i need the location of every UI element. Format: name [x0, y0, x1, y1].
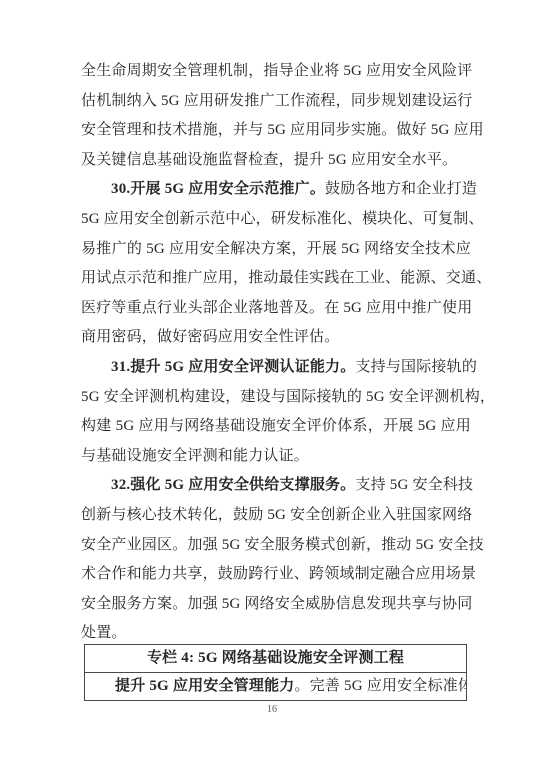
text-segment: 5G 安全评测机构建设，建设与国际接轨的 5G 安全评测机构，	[81, 389, 495, 405]
bold-text-segment: 提升 5G 应用安全管理能力	[115, 678, 294, 694]
text-segment: 估机制纳入 5G 应用研发推广工作流程，同步规划建设运行	[81, 93, 472, 109]
text-segment: 医疗等重点行业头部企业落地普及。在 5G 应用中推广使用	[81, 300, 472, 316]
text-line: 30.开展 5G 应用安全示范推广。鼓励各地方和企业打造	[81, 175, 471, 205]
text-segment: 安全管理和技术措施，并与 5G 应用同步实施。做好 5G 应用	[81, 122, 484, 138]
text-segment: 安全产业园区。加强 5G 安全服务模式创新，推动 5G 安全技	[81, 537, 484, 553]
text-segment: 安全服务方案。加强 5G 网络安全威胁信息发现共享与协同	[81, 596, 472, 612]
text-line: 用试点示范和推广应用，推动最佳实践在工业、能源、交通、	[81, 264, 471, 294]
text-line: 5G 安全评测机构建设，建设与国际接轨的 5G 安全评测机构，	[81, 383, 471, 413]
text-line: 安全服务方案。加强 5G 网络安全威胁信息发现共享与协同	[81, 590, 471, 620]
column-box-title: 专栏 4: 5G 网络基础设施安全评测工程	[85, 645, 466, 673]
text-segment: 创新与核心技术转化，鼓励 5G 安全创新企业入驻国家网络	[81, 507, 472, 523]
text-line: 安全管理和技术措施，并与 5G 应用同步实施。做好 5G 应用	[81, 116, 471, 146]
text-line: 构建 5G 应用与网络基础设施安全评价体系，开展 5G 应用	[81, 412, 471, 442]
text-segment: 。完善 5G 应用安全标准体	[294, 678, 466, 694]
text-segment: 用试点示范和推广应用，推动最佳实践在工业、能源、交通、	[81, 270, 491, 286]
text-line: 及关键信息基础设施监督检查，提升 5G 应用安全水平。	[81, 146, 471, 176]
text-segment: 易推广的 5G 应用安全解决方案，开展 5G 网络安全技术应	[81, 241, 471, 257]
column-box: 专栏 4: 5G 网络基础设施安全评测工程 提升 5G 应用安全管理能力。完善 …	[84, 644, 467, 701]
text-segment: 5G 应用安全创新示范中心，研发标准化、模块化、可复制、	[81, 211, 484, 227]
document-page: 全生命周期安全管理机制，指导企业将 5G 应用安全风险评估机制纳入 5G 应用研…	[0, 0, 550, 778]
bold-text-segment: 32.强化 5G 应用安全供给支撑服务。	[111, 477, 355, 493]
text-segment: 及关键信息基础设施监督检查，提升 5G 应用安全水平。	[81, 152, 457, 168]
text-segment: 支持 5G 安全科技	[355, 477, 473, 493]
body-text: 全生命周期安全管理机制，指导企业将 5G 应用安全风险评估机制纳入 5G 应用研…	[81, 57, 471, 649]
text-line: 创新与核心技术转化，鼓励 5G 安全创新企业入驻国家网络	[81, 501, 471, 531]
text-segment: 与基础设施安全评测和能力认证。	[81, 448, 309, 464]
text-line: 安全产业园区。加强 5G 安全服务模式创新，推动 5G 安全技	[81, 531, 471, 561]
text-line: 估机制纳入 5G 应用研发推广工作流程，同步规划建设运行	[81, 87, 471, 117]
text-line: 易推广的 5G 应用安全解决方案，开展 5G 网络安全技术应	[81, 235, 471, 265]
text-line: 与基础设施安全评测和能力认证。	[81, 442, 471, 472]
bold-text-segment: 31.提升 5G 应用安全评测认证能力。	[111, 359, 355, 375]
text-segment: 鼓励各地方和企业打造	[325, 181, 477, 197]
text-segment: 支持与国际接轨的	[355, 359, 477, 375]
text-line: 医疗等重点行业头部企业落地普及。在 5G 应用中推广使用	[81, 294, 471, 324]
text-line: 术合作和能力共享，鼓励跨行业、跨领域制定融合应用场景	[81, 560, 471, 590]
text-line: 5G 应用安全创新示范中心，研发标准化、模块化、可复制、	[81, 205, 471, 235]
text-line: 31.提升 5G 应用安全评测认证能力。支持与国际接轨的	[81, 353, 471, 383]
column-box-row: 提升 5G 应用安全管理能力。完善 5G 应用安全标准体	[85, 673, 466, 700]
text-line: 32.强化 5G 应用安全供给支撑服务。支持 5G 安全科技	[81, 471, 471, 501]
bold-text-segment: 30.开展 5G 应用安全示范推广。	[111, 181, 325, 197]
text-segment: 构建 5G 应用与网络基础设施安全评价体系，开展 5G 应用	[81, 418, 471, 434]
page-number: 16	[0, 704, 544, 715]
text-line: 商用密码，做好密码应用安全性评估。	[81, 323, 471, 353]
text-segment: 商用密码，做好密码应用安全性评估。	[81, 329, 339, 345]
text-segment: 处置。	[81, 625, 127, 641]
text-line: 全生命周期安全管理机制，指导企业将 5G 应用安全风险评	[81, 57, 471, 87]
text-segment: 全生命周期安全管理机制，指导企业将 5G 应用安全风险评	[81, 63, 472, 79]
text-segment: 术合作和能力共享，鼓励跨行业、跨领域制定融合应用场景	[81, 566, 476, 582]
